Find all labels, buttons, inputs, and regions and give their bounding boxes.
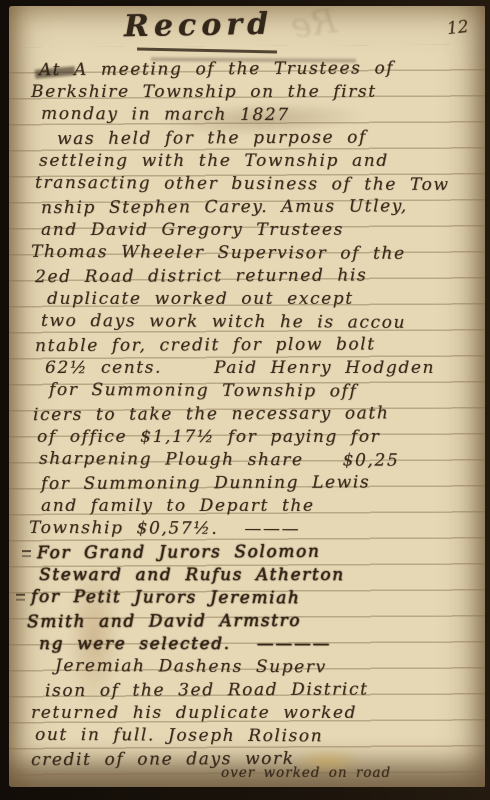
manuscript-line: icers to take the necessary oath [33, 402, 481, 427]
manuscript-line: and David Gregory Trustees [41, 219, 481, 242]
manuscript-line: At A meeting of the Trustees of [39, 57, 481, 82]
manuscript-line: monday in march 1827 [41, 103, 481, 128]
page-number: 12 [446, 17, 470, 39]
scanned-book-photo: Re Record 12 At A meeting of the Trustee… [0, 0, 490, 800]
manuscript-line: 2ed Road district returned his [35, 264, 481, 289]
manuscript-line: Steward and Rufus Atherton [39, 564, 481, 587]
manuscript-line: transacting other business of the Tow [35, 172, 481, 197]
manuscript-line: two days work witch he is accou [41, 310, 481, 335]
manuscript-line: ntable for, credit for plow bolt [35, 333, 481, 358]
manuscript-line: sharpening Plough share $0,25 [39, 448, 481, 473]
manuscript-line: ng were selected. ———— [39, 633, 481, 656]
manuscript-line: 62½ cents. Paid Henry Hodgden [45, 357, 481, 380]
manuscript-line: ison of the 3ed Road District [45, 678, 481, 703]
manuscript-line: Jeremiah Dashens Superv [55, 655, 481, 680]
manuscript-line: was held for the purpose of [57, 126, 481, 151]
manuscript-line: nship Stephen Carey. Amus Utley, [41, 195, 481, 220]
record-book-page: Re Record 12 At A meeting of the Trustee… [9, 6, 485, 787]
manuscript-line: duplicate worked out except [47, 288, 481, 311]
manuscript-line: of office $1,17½ for paying for [37, 426, 481, 449]
manuscript-line: For Grand Jurors Solomon [37, 540, 481, 565]
manuscript-line: Thomas Wheeler Supervisor of the [31, 241, 481, 266]
manuscript-line: for Summoning Dunning Lewis [41, 471, 481, 496]
manuscript-body: At A meeting of the Trustees of Berkshir… [21, 58, 481, 783]
title-underline [137, 48, 277, 53]
manuscript-line: for Petit Jurors Jeremiah [31, 586, 481, 611]
page-title: Record [124, 7, 274, 45]
manuscript-line: for Summoning Township off [49, 379, 481, 404]
manuscript-line: returned his duplicate worked [31, 702, 481, 725]
manuscript-line: Berkshire Township on the first [31, 81, 481, 104]
manuscript-line: settleing with the Township and [39, 150, 481, 173]
manuscript-line: Township $0,57½. ——— [29, 517, 481, 542]
manuscript-line: out in full. Joseph Rolison [35, 724, 481, 749]
title-row: Record [9, 8, 485, 43]
manuscript-line: Smith and David Armstro [27, 609, 481, 634]
manuscript-line: and family to Depart the [41, 495, 481, 518]
manuscript-footnote: over worked on road [221, 765, 481, 783]
